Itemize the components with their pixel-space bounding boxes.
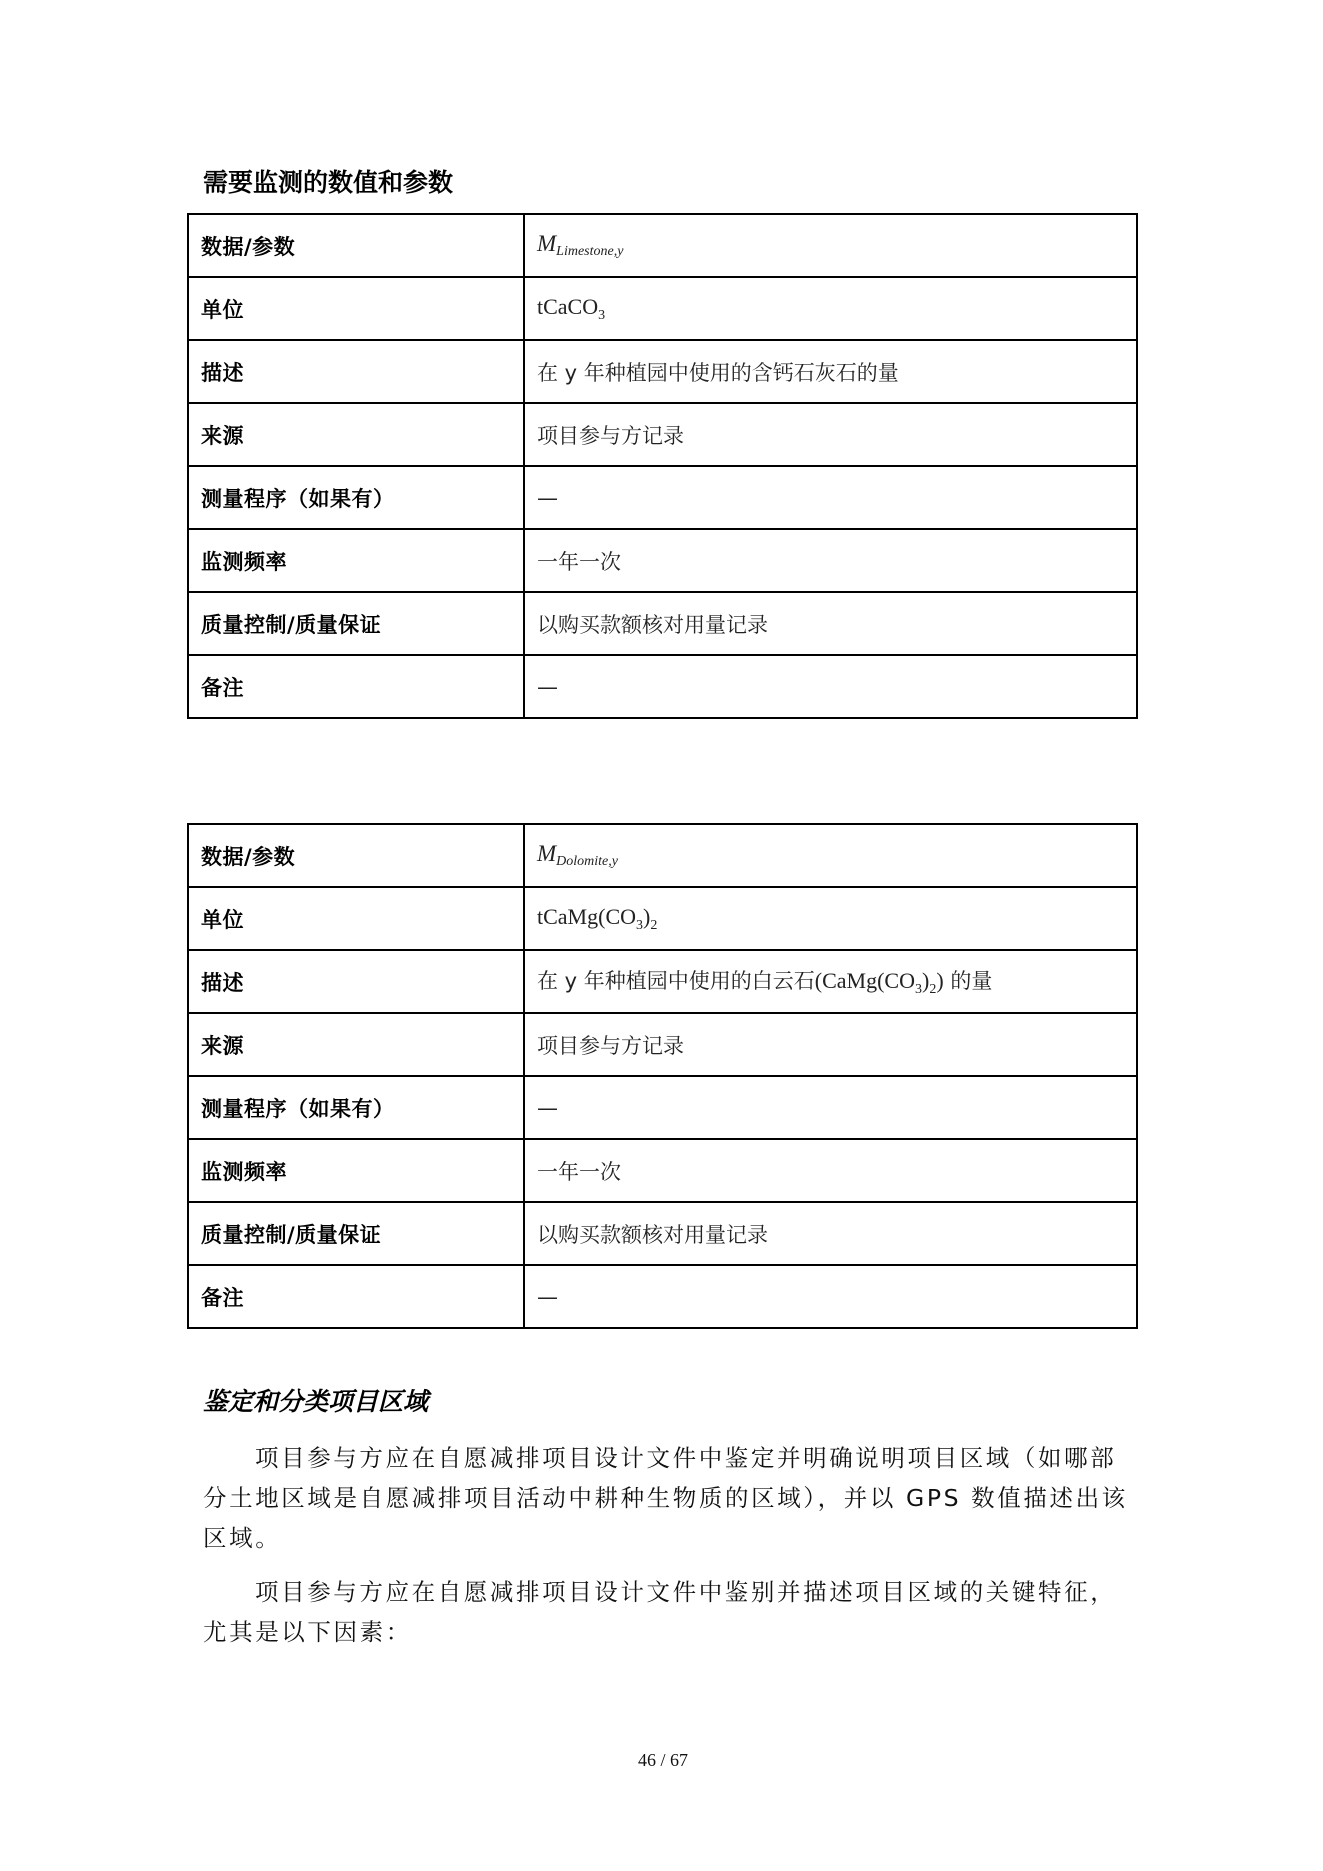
row-value: 在 y 年种植园中使用的白云石(CaMg(CO3)2) 的量 [524, 950, 1137, 1013]
formula-text: ) [936, 968, 943, 993]
formula-subscript: 3 [915, 982, 922, 997]
table-row: 测量程序（如果有） — [188, 1076, 1137, 1139]
row-label: 质量控制/质量保证 [188, 592, 524, 655]
table-row: 单位 tCaCO3 [188, 277, 1137, 340]
symbol: M [537, 841, 556, 866]
table-row: 数据/参数 MDolomite,y [188, 824, 1137, 887]
value-text: — [537, 486, 558, 510]
value-text: 在 y 年种植园中使用的白云石 [537, 969, 815, 993]
row-value: 以购买款额核对用量记录 [524, 1202, 1137, 1265]
row-value: 一年一次 [524, 1139, 1137, 1202]
row-value: 一年一次 [524, 529, 1137, 592]
row-label: 监测频率 [188, 529, 524, 592]
value-text: 以购买款额核对用量记录 [537, 613, 768, 637]
table-row: 监测频率 一年一次 [188, 529, 1137, 592]
value-text: — [537, 1096, 558, 1120]
row-value: — [524, 655, 1137, 718]
value-text: 的量 [944, 969, 993, 993]
row-value: — [524, 466, 1137, 529]
table-row: 测量程序（如果有） — [188, 466, 1137, 529]
page-number: 46 / 67 [0, 1750, 1323, 1771]
row-value: tCaCO3 [524, 277, 1137, 340]
unit-text: tCaCO [537, 294, 598, 319]
row-label: 质量控制/质量保证 [188, 1202, 524, 1265]
table-row: 单位 tCaMg(CO3)2 [188, 887, 1137, 950]
unit-text: tCaMg(CO [537, 904, 636, 929]
row-label: 数据/参数 [188, 824, 524, 887]
row-value: 以购买款额核对用量记录 [524, 592, 1137, 655]
table-row: 描述 在 y 年种植园中使用的白云石(CaMg(CO3)2) 的量 [188, 950, 1137, 1013]
row-label: 描述 [188, 950, 524, 1013]
unit-subscript: 2 [650, 918, 657, 933]
row-label: 来源 [188, 1013, 524, 1076]
formula-text: (CaMg(CO [815, 968, 915, 993]
row-value: MDolomite,y [524, 824, 1137, 887]
row-label: 来源 [188, 403, 524, 466]
symbol-subscript: Dolomite,y [556, 854, 618, 869]
symbol: M [537, 231, 556, 256]
row-value: — [524, 1265, 1137, 1328]
section-title: 需要监测的数值和参数 [203, 166, 453, 200]
row-value: tCaMg(CO3)2 [524, 887, 1137, 950]
table-row: 备注 — [188, 1265, 1137, 1328]
row-label: 监测频率 [188, 1139, 524, 1202]
row-value: 项目参与方记录 [524, 403, 1137, 466]
row-label: 描述 [188, 340, 524, 403]
row-value: — [524, 1076, 1137, 1139]
value-text: 项目参与方记录 [537, 1034, 684, 1058]
row-value: MLimestone,y [524, 214, 1137, 277]
row-label: 备注 [188, 1265, 524, 1328]
table-row: 监测频率 一年一次 [188, 1139, 1137, 1202]
table-row: 质量控制/质量保证 以购买款额核对用量记录 [188, 592, 1137, 655]
parameter-table-limestone: 数据/参数 MLimestone,y 单位 tCaCO3 描述 在 y 年种植园… [187, 213, 1138, 719]
value-text: — [537, 675, 558, 699]
table-row: 来源 项目参与方记录 [188, 403, 1137, 466]
row-label: 测量程序（如果有） [188, 466, 524, 529]
table-row: 描述 在 y 年种植园中使用的含钙石灰石的量 [188, 340, 1137, 403]
value-text: 一年一次 [537, 550, 621, 574]
unit-subscript: 3 [598, 308, 605, 323]
row-label: 单位 [188, 277, 524, 340]
value-text: — [537, 1285, 558, 1309]
paragraph: 项目参与方应在自愿减排项目设计文件中鉴定并明确说明项目区域（如哪部分土地区域是自… [203, 1438, 1138, 1558]
unit-subscript: 3 [636, 918, 643, 933]
value-text: 项目参与方记录 [537, 424, 684, 448]
table-row: 备注 — [188, 655, 1137, 718]
row-label: 测量程序（如果有） [188, 1076, 524, 1139]
row-label: 数据/参数 [188, 214, 524, 277]
value-text: 在 y 年种植园中使用的含钙石灰石的量 [537, 361, 899, 385]
value-text: 一年一次 [537, 1160, 621, 1184]
parameter-table-dolomite: 数据/参数 MDolomite,y 单位 tCaMg(CO3)2 描述 在 y … [187, 823, 1138, 1329]
row-label: 单位 [188, 887, 524, 950]
row-label: 备注 [188, 655, 524, 718]
table-row: 来源 项目参与方记录 [188, 1013, 1137, 1076]
symbol-subscript: Limestone,y [556, 244, 623, 259]
row-value: 在 y 年种植园中使用的含钙石灰石的量 [524, 340, 1137, 403]
section-heading: 鉴定和分类项目区域 [203, 1385, 428, 1419]
table-row: 质量控制/质量保证 以购买款额核对用量记录 [188, 1202, 1137, 1265]
paragraph: 项目参与方应在自愿减排项目设计文件中鉴别并描述项目区域的关键特征，尤其是以下因素… [203, 1572, 1138, 1652]
table-row: 数据/参数 MLimestone,y [188, 214, 1137, 277]
row-value: 项目参与方记录 [524, 1013, 1137, 1076]
value-text: 以购买款额核对用量记录 [537, 1223, 768, 1247]
